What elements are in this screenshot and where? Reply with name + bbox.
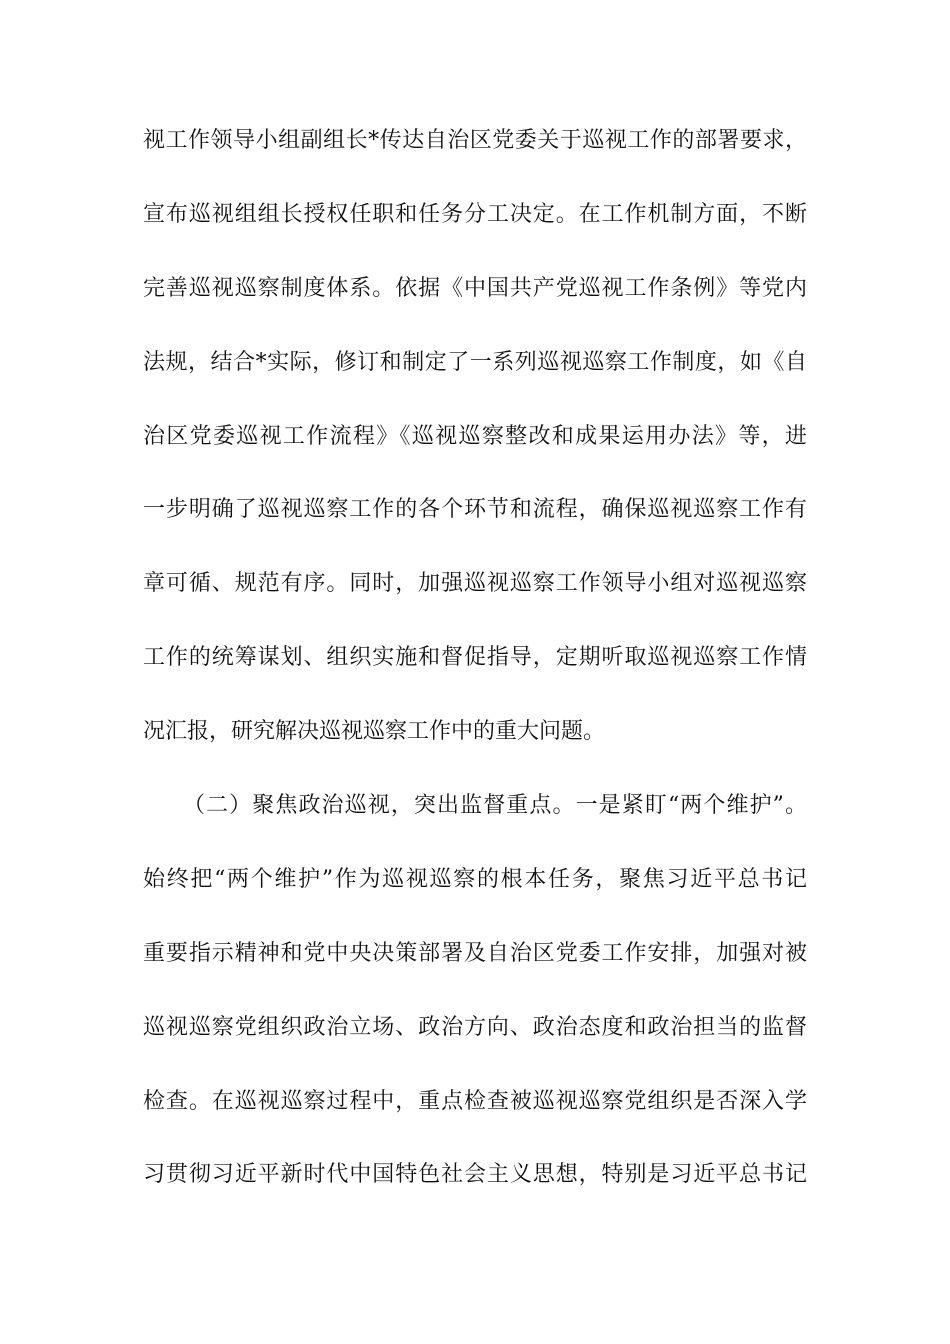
text-line: 习贯彻习近平新时代中国特色社会主义思想，特别是习近平总书记 [143, 1152, 807, 1226]
text-line: 宣布巡视组组长授权任职和任务分工决定。在工作机制方面，不断 [143, 192, 807, 266]
text-line: 法规，结合*实际，修订和制定了一系列巡视巡察工作制度，如《自 [143, 340, 807, 414]
text-line: 视工作领导小组副组长*传达自治区党委关于巡视工作的部署要求， [143, 118, 807, 192]
text-line: 检查。在巡视巡察过程中，重点检查被巡视巡察党组织是否深入学 [143, 1079, 807, 1153]
body-text: 视工作领导小组副组长*传达自治区党委关于巡视工作的部署要求， 宣布巡视组组长授权… [143, 118, 807, 1226]
paragraph-end-line: 况汇报，研究解决巡视巡察工作中的重大问题。 [143, 709, 807, 783]
text-line: 一步明确了巡视巡察工作的各个环节和流程，确保巡视巡察工作有 [143, 487, 807, 561]
text-line: 始终把“两个维护”作为巡视巡察的根本任务，聚焦习近平总书记 [143, 857, 807, 931]
text-line: 完善巡视巡察制度体系。依据《中国共产党巡视工作条例》等党内 [143, 266, 807, 340]
text-line: 工作的统筹谋划、组织实施和督促指导，定期听取巡视巡察工作情 [143, 635, 807, 709]
document-page: 视工作领导小组副组长*传达自治区党委关于巡视工作的部署要求， 宣布巡视组组长授权… [0, 0, 950, 1344]
text-line: 治区党委巡视工作流程》《巡视巡察整改和成果运用办法》等，进 [143, 414, 807, 488]
section-heading-line: （二）聚焦政治巡视，突出监督重点。一是紧盯“两个维护”。 [143, 783, 807, 857]
text-line: 巡视巡察党组织政治立场、政治方向、政治态度和政治担当的监督 [143, 1005, 807, 1079]
text-line: 重要指示精神和党中央决策部署及自治区党委工作安排，加强对被 [143, 931, 807, 1005]
text-line: 章可循、规范有序。同时，加强巡视巡察工作领导小组对巡视巡察 [143, 561, 807, 635]
